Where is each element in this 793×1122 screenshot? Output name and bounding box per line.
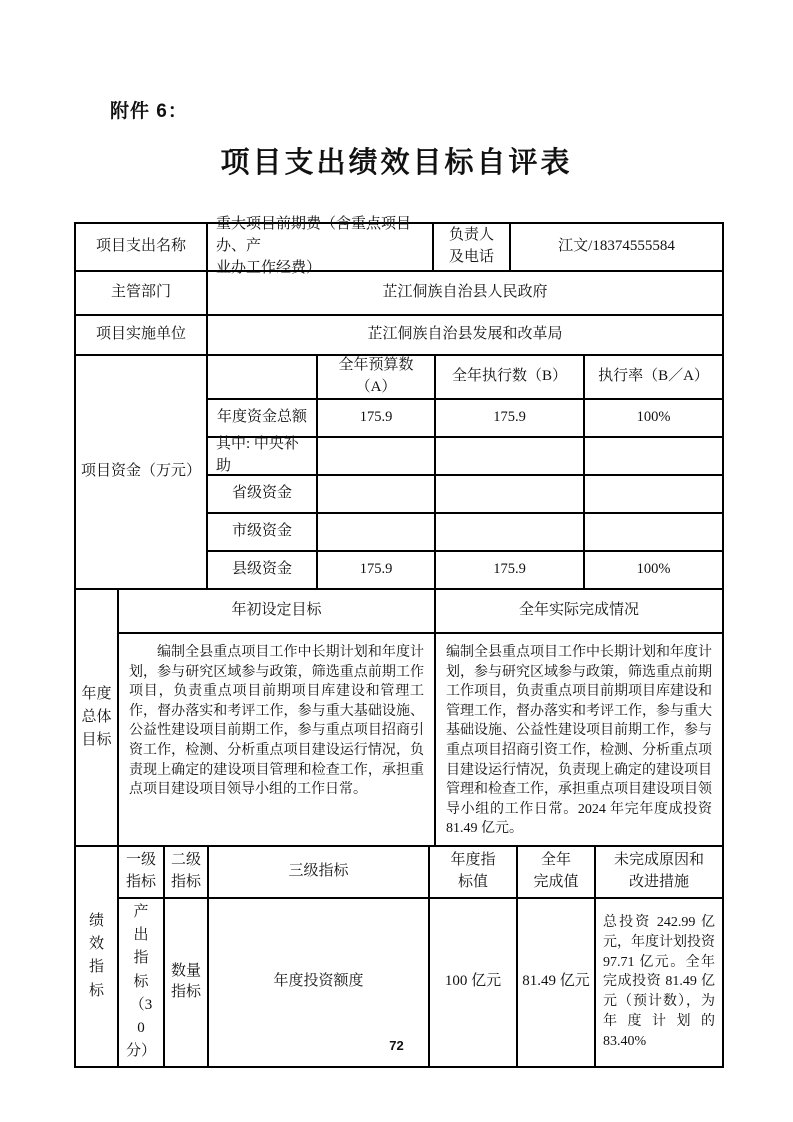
funding-row-label: 省级资金	[208, 476, 316, 512]
contact-label: 负责人 及电话	[432, 224, 509, 270]
indicators-section: 绩 效 指 标 一级 指标 二级 指标 三级指标 年度指 标值 全年 完成值 未…	[76, 845, 722, 1066]
page-title: 项目支出绩效目标自评表	[0, 140, 793, 181]
funding-row-label: 县级资金	[208, 552, 316, 588]
funding-rate-value	[583, 514, 722, 550]
funding-row-label: 年度资金总额	[208, 400, 316, 436]
funding-rate-value: 100%	[583, 400, 722, 436]
funding-executed-value: 175.9	[434, 400, 583, 436]
funding-header-row: 全年预算数（A） 全年执行数（B） 执行率（B／A）	[208, 356, 722, 398]
funding-section-label: 项目资金（万元）	[76, 356, 206, 588]
funding-executed-value	[434, 438, 583, 474]
header-target-value: 年度指 标值	[428, 847, 516, 897]
indicators-body: 一级 指标 二级 指标 三级指标 年度指 标值 全年 完成值 未完成原因和 改进…	[117, 847, 722, 1066]
header-level1: 一级 指标	[119, 847, 163, 897]
department-value: 芷江侗族自治县人民政府	[206, 272, 722, 314]
header-reason: 未完成原因和 改进措施	[594, 847, 722, 897]
funding-row-label: 市级资金	[208, 514, 316, 550]
header-level3: 三级指标	[207, 847, 428, 897]
page-number: 72	[0, 1038, 793, 1053]
funding-executed-value	[434, 476, 583, 512]
implementing-unit-label: 项目实施单位	[76, 316, 206, 354]
funding-budget-value	[316, 476, 434, 512]
goal-set-header: 年初设定目标	[119, 590, 434, 632]
funding-col-budget-header: 全年预算数（A）	[316, 356, 434, 398]
project-name-label: 项目支出名称	[76, 224, 206, 270]
department-label: 主管部门	[76, 272, 206, 314]
implementing-unit-row: 项目实施单位 芷江侗族自治县发展和改革局	[76, 314, 722, 354]
funding-row-central: 其中: 中央补助	[208, 436, 722, 474]
funding-col-rate-header: 执行率（B／A）	[583, 356, 722, 398]
funding-section: 项目资金（万元） 全年预算数（A） 全年执行数（B） 执行率（B／A） 年度资金…	[76, 354, 722, 588]
funding-header-empty	[208, 356, 316, 398]
annual-goal-section: 年度 总体 目标 年初设定目标 全年实际完成情况 编制全县重点项目工作中长期计划…	[76, 588, 722, 845]
document-page: { "page": { "attachment_label": "附件 6：",…	[0, 0, 793, 1122]
funding-budget-value: 175.9	[316, 400, 434, 436]
funding-budget-value: 175.9	[316, 552, 434, 588]
goal-actual-header: 全年实际完成情况	[434, 590, 722, 632]
indicators-section-label: 绩 效 指 标	[76, 847, 117, 1066]
funding-budget-value	[316, 514, 434, 550]
annual-goal-label: 年度 总体 目标	[76, 590, 117, 845]
funding-row-total: 年度资金总额 175.9 175.9 100%	[208, 398, 722, 436]
funding-rate-value	[583, 438, 722, 474]
department-row: 主管部门 芷江侗族自治县人民政府	[76, 270, 722, 314]
project-name-row: 项目支出名称 重大项目前期费（含重点项目办、产 业办工作经费） 负责人 及电话 …	[76, 224, 722, 270]
funding-col-executed-header: 全年执行数（B）	[434, 356, 583, 398]
funding-body: 全年预算数（A） 全年执行数（B） 执行率（B／A） 年度资金总额 175.9 …	[206, 356, 722, 588]
indicators-header-row: 一级 指标 二级 指标 三级指标 年度指 标值 全年 完成值 未完成原因和 改进…	[119, 847, 722, 897]
funding-rate-value: 100%	[583, 552, 722, 588]
annual-goal-body: 年初设定目标 全年实际完成情况 编制全县重点项目工作中长期计划和年度计划，参与研…	[117, 590, 722, 845]
attachment-label: 附件 6：	[110, 96, 188, 123]
funding-row-county: 县级资金 175.9 175.9 100%	[208, 550, 722, 588]
contact-value: 江文/18374555584	[509, 224, 722, 270]
funding-budget-value	[316, 438, 434, 474]
funding-rate-value	[583, 476, 722, 512]
annual-goal-header-row: 年初设定目标 全年实际完成情况	[119, 590, 722, 632]
header-level2: 二级 指标	[163, 847, 207, 897]
annual-goal-content-row: 编制全县重点项目工作中长期计划和年度计划，参与研究区域参与政策，筛选重点前期工作…	[119, 632, 722, 845]
funding-row-label: 其中: 中央补助	[208, 438, 316, 474]
self-evaluation-table: 项目支出名称 重大项目前期费（含重点项目办、产 业办工作经费） 负责人 及电话 …	[74, 222, 724, 1068]
goal-set-text: 编制全县重点项目工作中长期计划和年度计划，参与研究区域参与政策，筛选重点前期工作…	[119, 634, 434, 845]
goal-actual-text: 编制全县重点项目工作中长期计划和年度计划，参与研究区域参与政策，筛选重点前期工作…	[434, 634, 722, 845]
funding-row-municipal: 市级资金	[208, 512, 722, 550]
project-name-value: 重大项目前期费（含重点项目办、产 业办工作经费）	[206, 224, 432, 270]
funding-executed-value: 175.9	[434, 552, 583, 588]
funding-executed-value	[434, 514, 583, 550]
funding-row-provincial: 省级资金	[208, 474, 722, 512]
implementing-unit-value: 芷江侗族自治县发展和改革局	[206, 316, 722, 354]
header-completed-value: 全年 完成值	[516, 847, 594, 897]
